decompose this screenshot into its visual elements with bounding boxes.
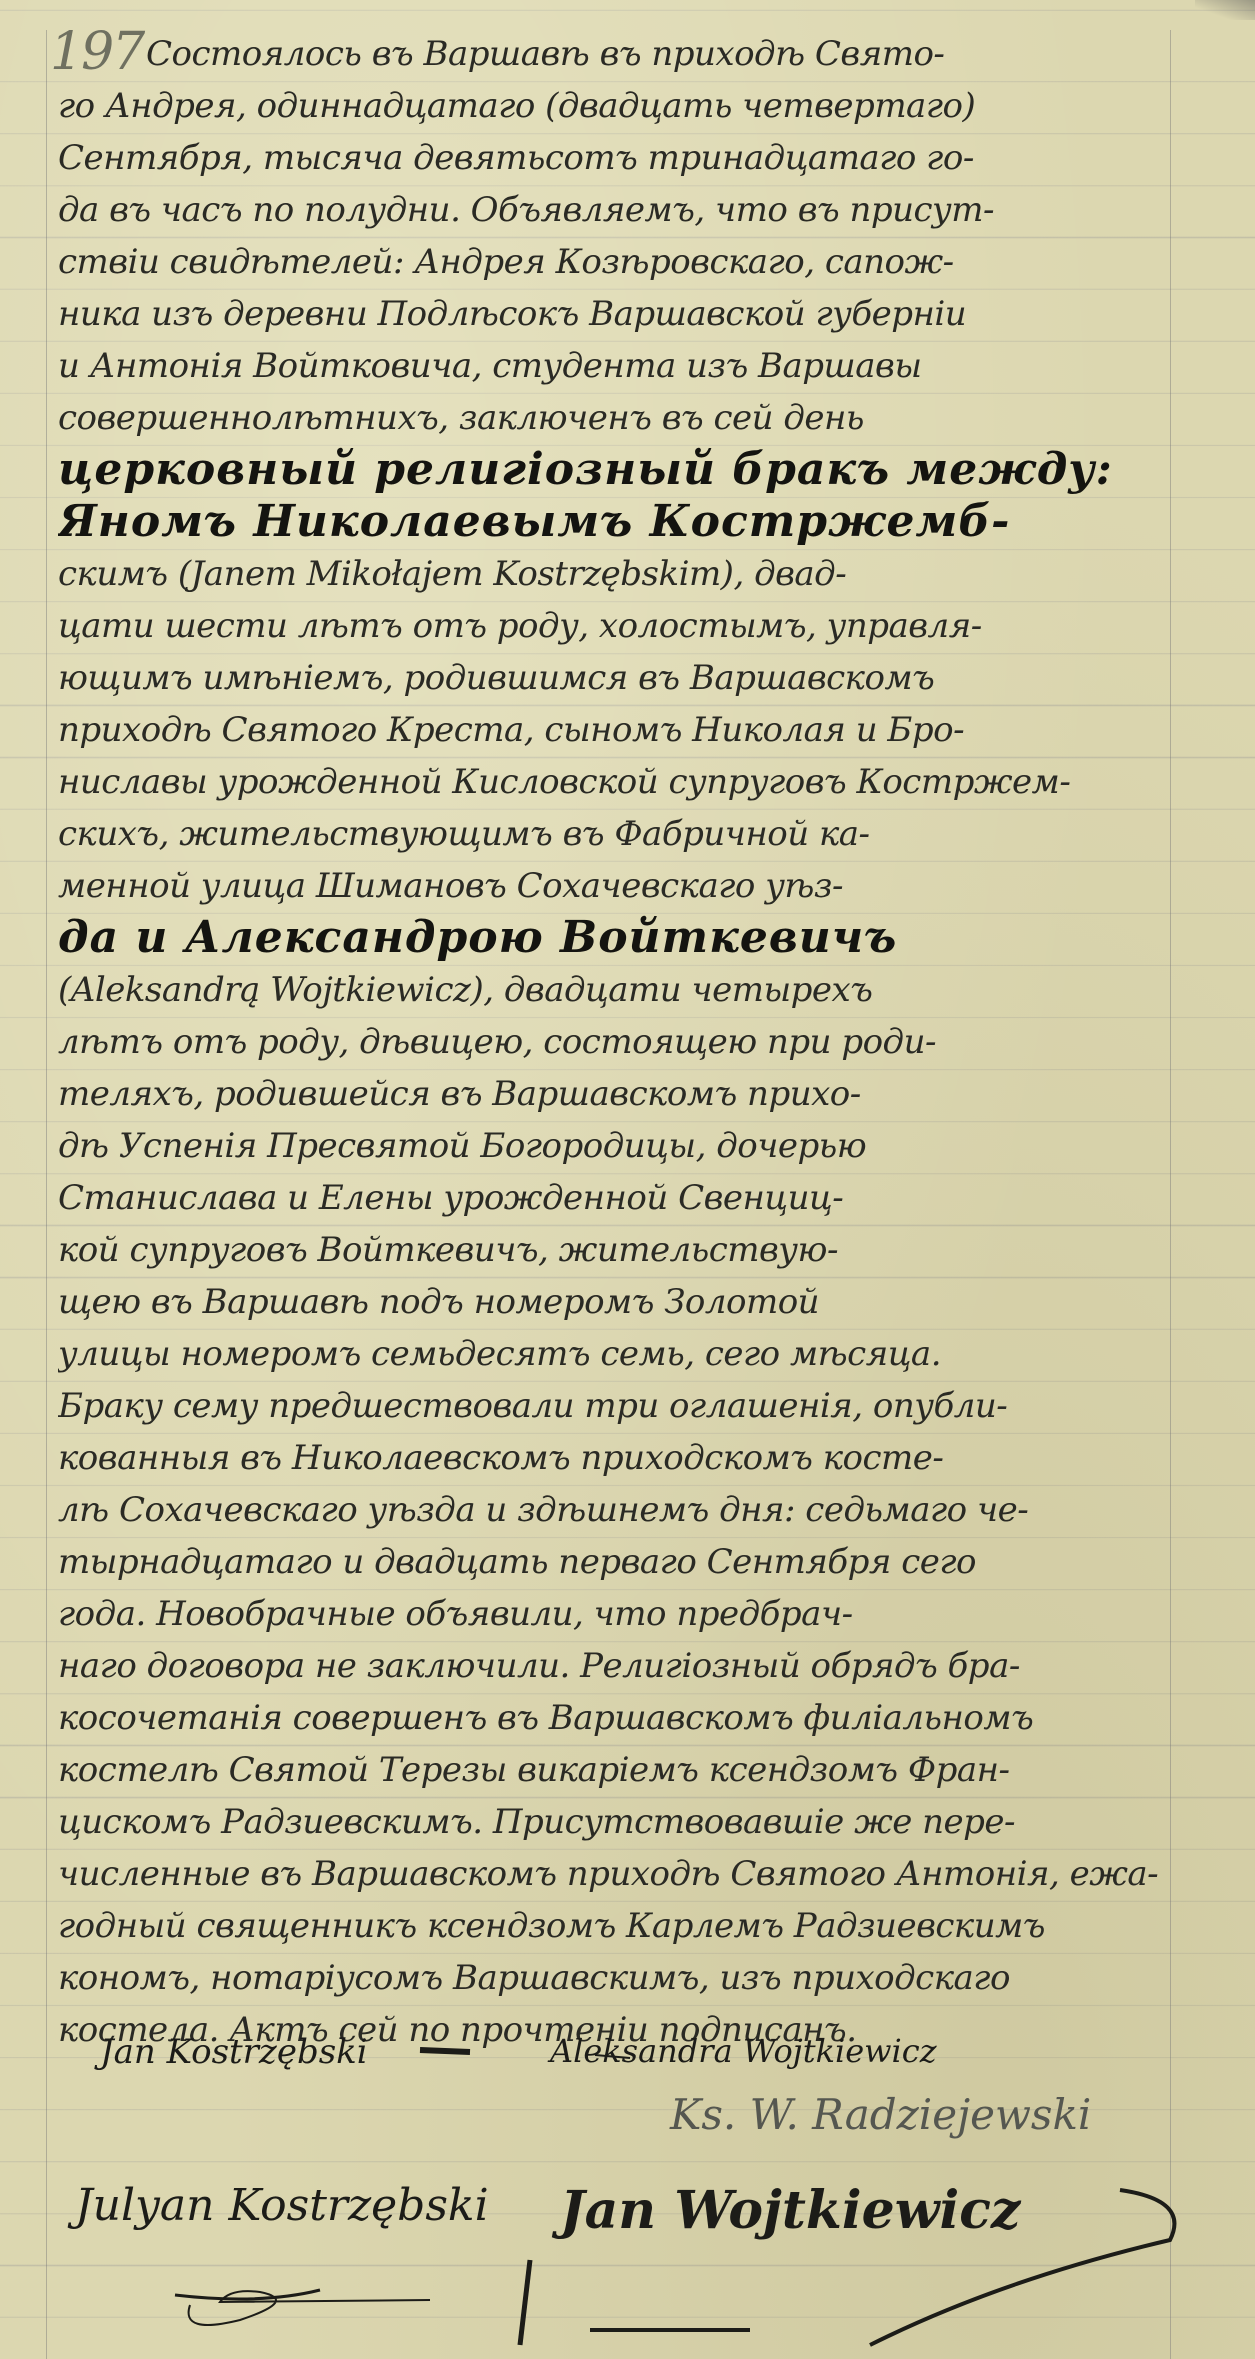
text-line: ствіи свидѣтелей: Андрея Козѣровскаго, с…: [58, 236, 1168, 288]
signature-witness-1: Jan Kostrzębski: [100, 2032, 368, 2072]
text-line: скимъ (Janem Mikołajem Kostrzębskim), дв…: [58, 548, 1168, 600]
text-line: Состоялось въ Варшавѣ въ приходѣ Свято-: [58, 28, 1168, 80]
text-line: го Андрея, одиннадцатаго (двадцать четве…: [58, 80, 1168, 132]
text-line: (Aleksandrą Wojtkiewicz), двадцати четыр…: [58, 964, 1168, 1016]
signature-block: Jan Kostrzębski Aleksandra Wojtkiewicz K…: [0, 2020, 1255, 2359]
signature-witness-2: Jan Wojtkiewicz: [560, 2180, 1020, 2241]
text-line: цискомъ Радзиевскимъ. Присутствовавшіе ж…: [58, 1796, 1168, 1848]
text-line: теляхъ, родившейся въ Варшавскомъ прихо-: [58, 1068, 1168, 1120]
text-line: совершеннолѣтнихъ, заключенъ въ сей день: [58, 392, 1168, 444]
signature-priest: Ks. W. Radziejewski: [670, 2090, 1091, 2139]
text-line: годный священникъ ксендзомъ Карлемъ Радз…: [58, 1900, 1168, 1952]
text-line: ниславы урожденной Кисловской супруговъ …: [58, 756, 1168, 808]
text-line: косочетанія совершенъ въ Варшавскомъ фил…: [58, 1692, 1168, 1744]
text-line: численные въ Варшавскомъ приходѣ Святого…: [58, 1848, 1168, 1900]
text-line: менной улица Шимановъ Сохачевскаго уѣз-: [58, 860, 1168, 912]
signature-bride: Aleksandra Wojtkiewicz: [550, 2032, 937, 2070]
text-line: дѣ Успенія Пресвятой Богородицы, дочерью: [58, 1120, 1168, 1172]
text-line: щею въ Варшавѣ подъ номеромъ Золотой: [58, 1276, 1168, 1328]
text-line: кономъ, нотаріусомъ Варшавскимъ, изъ при…: [58, 1952, 1168, 2004]
signature-groom: Julyan Kostrzębski: [75, 2180, 489, 2231]
text-line: костелѣ Святой Терезы викаріемъ ксендзом…: [58, 1744, 1168, 1796]
bride-name-line: да и Александрою Войткевичъ: [58, 912, 1168, 964]
text-line: ника изъ деревни Подлѣсокъ Варшавской гу…: [58, 288, 1168, 340]
text-line: Станислава и Елены урожденной Свенциц-: [58, 1172, 1168, 1224]
text-line-emphasis: церковный религіозный бракъ между:: [58, 444, 1168, 496]
text-line: кой супруговъ Войткевичъ, жительствую-: [58, 1224, 1168, 1276]
text-line: года. Новобрачные объявили, что предбрач…: [58, 1588, 1168, 1640]
record-body: Состоялось въ Варшавѣ въ приходѣ Свято- …: [58, 28, 1168, 2056]
left-margin-rule: [46, 30, 47, 2359]
text-line: лѣтъ отъ роду, дѣвицею, состоящею при ро…: [58, 1016, 1168, 1068]
text-line: улицы номеромъ семьдесятъ семь, сего мѣс…: [58, 1328, 1168, 1380]
text-line: да въ часъ по полудни. Объявляемъ, что в…: [58, 184, 1168, 236]
text-line: цати шести лѣтъ отъ роду, холостымъ, упр…: [58, 600, 1168, 652]
text-line: кованныя въ Николаевскомъ приходскомъ ко…: [58, 1432, 1168, 1484]
page-corner-shadow: [1195, 0, 1255, 20]
scanned-document-page: 197 Состоялось въ Варшавѣ въ приходѣ Свя…: [0, 0, 1255, 2359]
groom-name-line: Яномъ Николаевымъ Костржемб-: [58, 496, 1168, 548]
text-line: лѣ Сохачевскаго уѣзда и здѣшнемъ дня: се…: [58, 1484, 1168, 1536]
text-line: тырнадцатаго и двадцать перваго Сентября…: [58, 1536, 1168, 1588]
text-line: ющимъ имѣніемъ, родившимся въ Варшавском…: [58, 652, 1168, 704]
text-line: Браку сему предшествовали три оглашенія,…: [58, 1380, 1168, 1432]
right-margin-rule: [1170, 30, 1171, 2359]
text-line: Сентября, тысяча девятьсотъ тринадцатаго…: [58, 132, 1168, 184]
text-line: наго договора не заключили. Религіозный …: [58, 1640, 1168, 1692]
text-line: приходѣ Святого Креста, сыномъ Николая и…: [58, 704, 1168, 756]
text-line: и Антонія Войтковича, студента изъ Варша…: [58, 340, 1168, 392]
text-line: скихъ, жительствующимъ въ Фабричной ка-: [58, 808, 1168, 860]
